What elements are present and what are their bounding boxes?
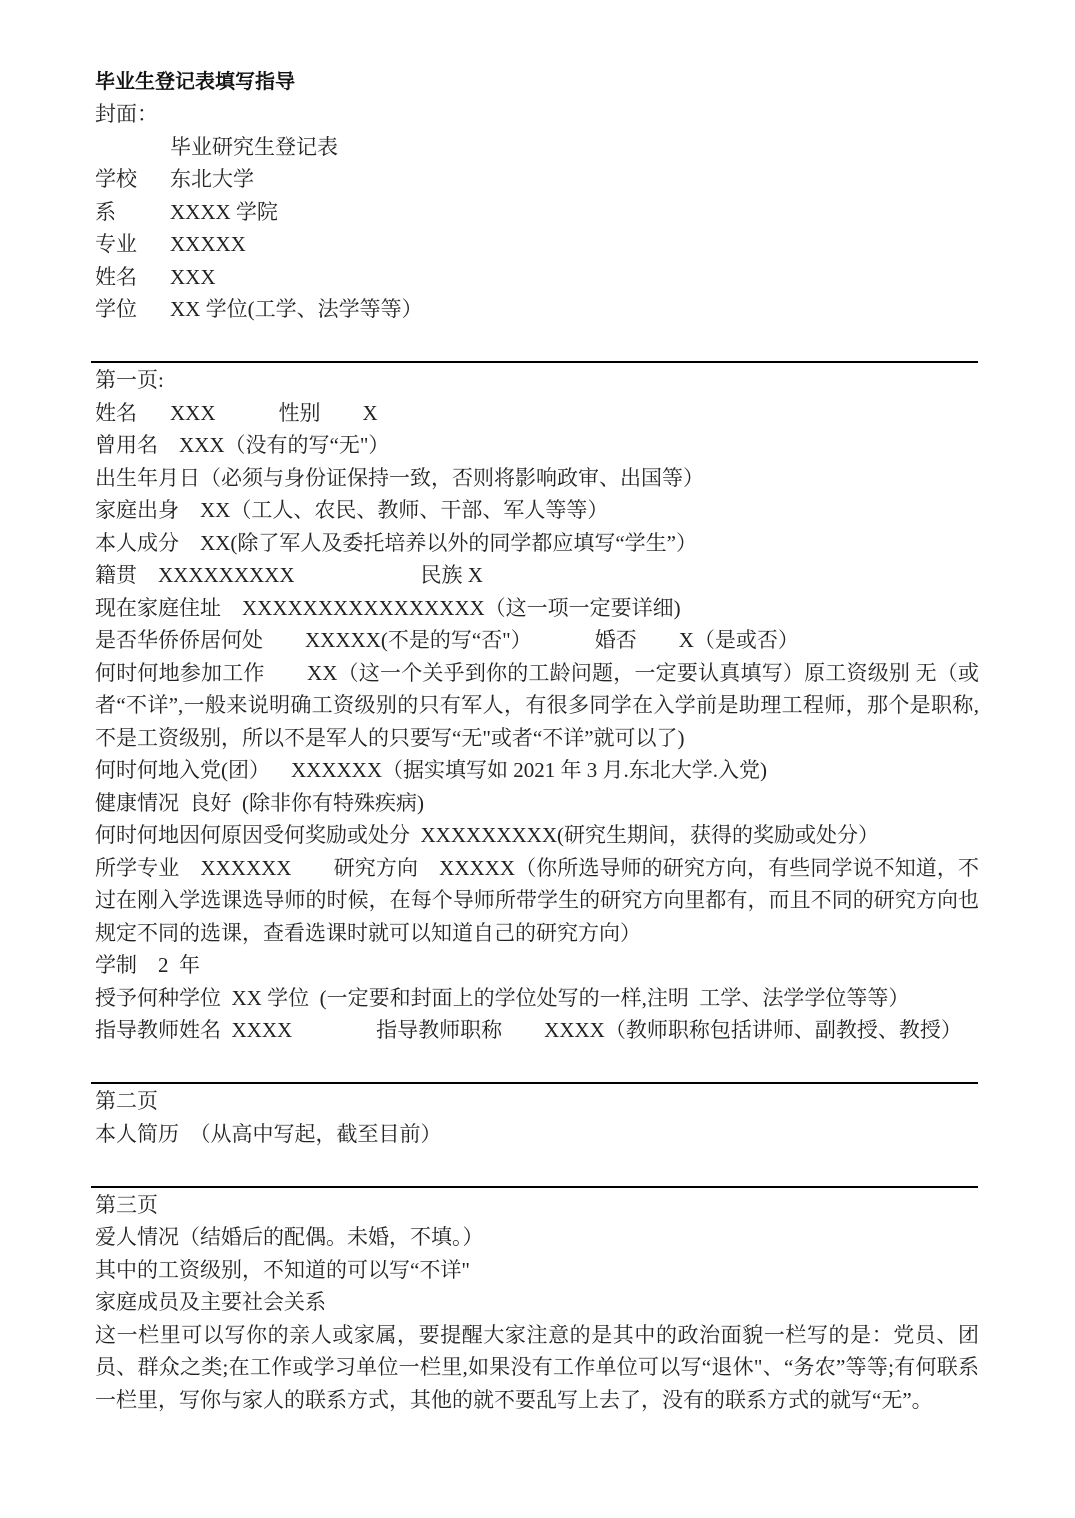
status-value: XX(除了军人及委托培养以外的同学都应填写“学生”）	[200, 531, 697, 555]
document-page: 毕业生登记表填写指导 封面： 毕业研究生登记表 学校东北大学 系XXXX 学院 …	[0, 0, 1075, 1518]
page1-birth: 出生年月日（必须与身份证保持一致，否则将影响政审、出国等）	[95, 462, 979, 495]
section-divider	[91, 1082, 978, 1084]
degree-value: XX 学位 (一定要和封面上的学位处写的一样,注明 工学、法学学位等等）	[232, 986, 910, 1010]
ethnic-label: 民族	[421, 563, 463, 587]
address-label: 现在家庭住址	[95, 596, 221, 620]
party-value: XXXXXX（据实填写如 2021 年 3 月.东北大学.入党)	[291, 758, 767, 782]
gender-value: X	[363, 401, 378, 425]
page1-degree: 授予何种学位 XX 学位 (一定要和封面上的学位处写的一样,注明 工学、法学学位…	[95, 982, 979, 1015]
name-label: 姓名	[95, 397, 170, 430]
page1-party: 何时何地入党(团）XXXXXX（据实填写如 2021 年 3 月.东北大学.入党…	[95, 754, 979, 787]
page3-salary: 其中的工资级别，不知道的可以写“不详"	[95, 1254, 979, 1287]
page1-family-origin: 家庭出身XX（工人、农民、教师、干部、军人等等）	[95, 494, 979, 527]
document-content: 毕业生登记表填写指导 封面： 毕业研究生登记表 学校东北大学 系XXXX 学院 …	[95, 64, 979, 1416]
field-label: 学位	[95, 293, 170, 326]
page1-address: 现在家庭住址XXXXXXXXXXXXXXXX（这一项一定要详细)	[95, 592, 979, 625]
family-origin-value: XX（工人、农民、教师、干部、军人等等）	[200, 498, 608, 522]
spacer	[95, 1047, 979, 1080]
award-label: 何时何地因何原因受何奖励或处分	[95, 823, 410, 847]
health-value: 良好 (除非你有特殊疾病)	[190, 791, 425, 815]
spacer	[95, 1150, 979, 1183]
field-value: XXX	[170, 265, 216, 289]
status-label: 本人成分	[95, 531, 179, 555]
marriage-label: 婚否	[595, 628, 637, 652]
advisor-title-label: 指导教师职称	[376, 1018, 502, 1042]
duration-value: 2 年	[158, 953, 200, 977]
cover-field-degree: 学位XX 学位(工学、法学等等）	[95, 293, 979, 326]
cover-field-school: 学校东北大学	[95, 163, 979, 196]
native-value: XXXXXXXXX	[158, 563, 295, 587]
degree-label: 授予何种学位	[95, 986, 221, 1010]
page3-family-heading: 家庭成员及主要社会关系	[95, 1286, 979, 1319]
section-divider	[91, 361, 978, 363]
section-divider	[91, 1186, 978, 1188]
advisor-value: XXXX	[232, 1018, 293, 1042]
document-title: 毕业生登记表填写指导	[95, 64, 979, 98]
field-value: XX 学位(工学、法学等等）	[170, 297, 423, 321]
cover-field-department: 系XXXX 学院	[95, 196, 979, 229]
ethnic-value: X	[468, 563, 483, 587]
advisor-label: 指导教师姓名	[95, 1018, 221, 1042]
marriage-value: X（是或否）	[679, 628, 799, 652]
overseas-value: XXXXX(不是的写“否"）	[305, 628, 532, 652]
field-value: XXXX 学院	[170, 200, 278, 224]
page2-resume: 本人简历 （从高中写起，截至目前）	[95, 1118, 979, 1151]
spacer	[95, 326, 979, 359]
health-label: 健康情况	[95, 791, 179, 815]
overseas-label: 是否华侨侨居何处	[95, 628, 263, 652]
page1-former-name: 曾用名XXX（没有的写“无"）	[95, 429, 979, 462]
duration-label: 学制	[95, 953, 137, 977]
page3-family-paragraph: 这一栏里可以写你的亲人或家属，要提醒大家注意的是其中的政治面貌一栏写的是：党员、…	[95, 1319, 979, 1417]
advisor-title-value: XXXX（教师职称包括讲师、副教授、教授）	[544, 1018, 962, 1042]
page1-major-paragraph: 所学专业 XXXXXX 研究方向 XXXXX（你所选导师的研究方向，有些同学说不…	[95, 852, 979, 950]
field-label: 系	[95, 196, 170, 229]
page1-advisor: 指导教师姓名 XXXX指导教师职称XXXX（教师职称包括讲师、副教授、教授）	[95, 1014, 979, 1047]
page2-heading: 第二页	[95, 1085, 979, 1118]
field-label: 姓名	[95, 261, 170, 294]
cover-heading: 封面：	[95, 98, 979, 131]
page3-spouse: 爱人情况（结婚后的配偶。未婚，不填。）	[95, 1221, 979, 1254]
former-name-label: 曾用名	[95, 433, 158, 457]
field-label: 学校	[95, 163, 170, 196]
family-origin-label: 家庭出身	[95, 498, 179, 522]
native-label: 籍贯	[95, 563, 137, 587]
page3-heading: 第三页	[95, 1189, 979, 1222]
page1-overseas-marriage: 是否华侨侨居何处XXXXX(不是的写“否"）婚否X（是或否）	[95, 624, 979, 657]
party-label: 何时何地入党(团）	[95, 758, 270, 782]
field-value: 东北大学	[170, 167, 254, 191]
page1-work-paragraph: 何时何地参加工作 XX（这一个关乎到你的工龄问题，一定要认真填写）原工资级别 无…	[95, 657, 979, 755]
address-value: XXXXXXXXXXXXXXXX（这一项一定要详细)	[242, 596, 681, 620]
award-value: XXXXXXXXX(研究生期间，获得的奖励或处分）	[421, 823, 879, 847]
page1-heading: 第一页:	[95, 364, 979, 397]
cover-field-major: 专业XXXXX	[95, 228, 979, 261]
cover-field-name: 姓名XXX	[95, 261, 979, 294]
field-value: XXXXX	[170, 232, 246, 256]
page1-status: 本人成分XX(除了军人及委托培养以外的同学都应填写“学生”）	[95, 527, 979, 560]
former-name-value: XXX（没有的写“无"）	[179, 433, 389, 457]
page1-duration: 学制2 年	[95, 949, 979, 982]
page1-health: 健康情况 良好 (除非你有特殊疾病)	[95, 787, 979, 820]
cover-form-title: 毕业研究生登记表	[95, 131, 979, 164]
name-value: XXX	[170, 401, 216, 425]
page1-award: 何时何地因何原因受何奖励或处分 XXXXXXXXX(研究生期间，获得的奖励或处分…	[95, 819, 979, 852]
gender-label: 性别	[279, 401, 321, 425]
page1-name-gender: 姓名XXX性别X	[95, 397, 979, 430]
field-label: 专业	[95, 228, 170, 261]
page1-native-ethnic: 籍贯XXXXXXXXX民族 X	[95, 559, 979, 592]
